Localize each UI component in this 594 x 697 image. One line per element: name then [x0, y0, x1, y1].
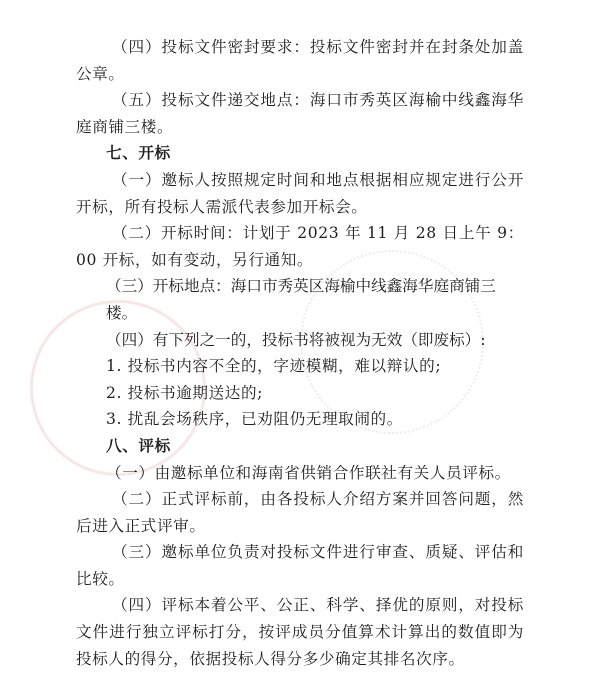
paragraph-opening-location: （三）开标地点：海口市秀英区海榆中线鑫海华庭商铺三楼。 [76, 273, 524, 326]
paragraph-opening-procedure: （一）邀标人按照规定时间和地点根据相应规定进行公开开标，所有投标人需派代表参加开… [76, 167, 524, 220]
paragraph-scoring-principles: （四）评标本着公平、公正、科学、择优的原则，对投标文件进行独立评标打分，按评成员… [76, 592, 524, 672]
list-item-invalid-condition: 2. 投标书逾期送达的; [76, 380, 524, 407]
section-heading-bid-opening: 七、开标 [76, 140, 524, 167]
paragraph-invalid-bids: （四）有下列之一的，投标书将被视为无效（即废标）: [76, 327, 524, 354]
list-item-invalid-condition: 3. 扰乱会场秩序，已劝阻仍无理取闹的。 [76, 406, 524, 433]
document-page: （四）投标文件密封要求：投标文件密封并在封条处加盖公章。 （五）投标文件递交地点… [76, 34, 524, 672]
list-item-invalid-condition: 1. 投标书内容不全的，字迹模糊，难以辩认的; [76, 353, 524, 380]
section-heading-bid-evaluation: 八、评标 [76, 433, 524, 460]
paragraph-review-responsibility: （三）邀标单位负责对投标文件进行审查、质疑、评估和比较。 [76, 539, 524, 592]
paragraph-submission-location: （五）投标文件递交地点：海口市秀英区海榆中线鑫海华庭商铺三楼。 [76, 87, 524, 140]
paragraph-evaluators: （一）由邀标单位和海南省供销合作联社有关人员评标。 [76, 460, 524, 487]
paragraph-pre-evaluation: （二）正式评标前，由各投标人介绍方案并回答问题，然后进入正式评审。 [76, 486, 524, 539]
paragraph-opening-time: （二）开标时间：计划于 2023 年 11 月 28 日上午 9：00 开标，如… [76, 220, 524, 273]
paragraph-sealing-requirements: （四）投标文件密封要求：投标文件密封并在封条处加盖公章。 [76, 34, 524, 87]
